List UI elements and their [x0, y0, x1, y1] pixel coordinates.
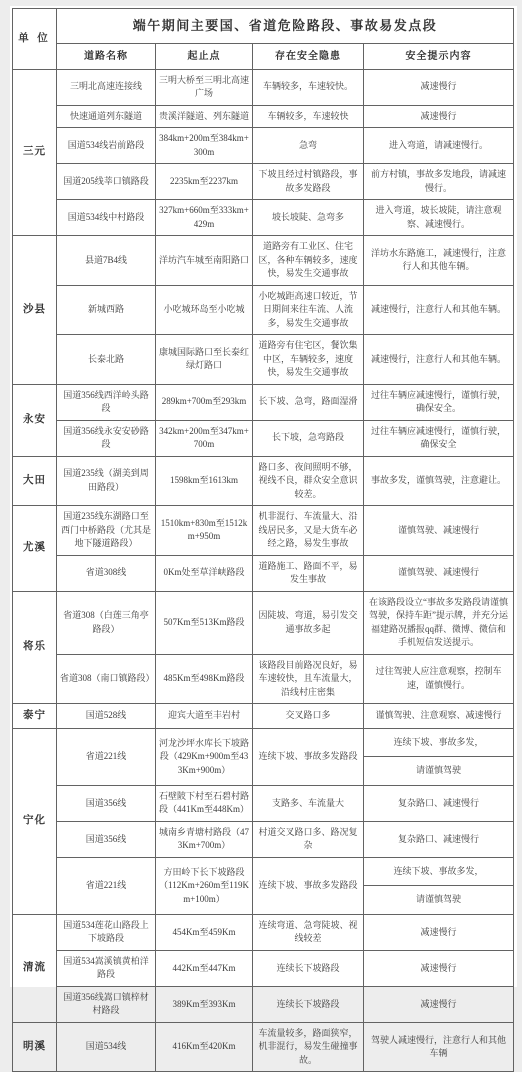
road-name-cell: 省道221线: [57, 728, 156, 785]
section-cell: 贵溪洋隧道、列东隧道: [156, 105, 253, 128]
section-cell: 384km+200m至384km+300m: [156, 128, 253, 164]
section-cell: 454Km至459Km: [156, 914, 253, 950]
section-cell: 迎宾大道至丰岩村: [156, 704, 253, 729]
road-name-cell: 县道7B4线: [57, 236, 156, 286]
unit-column-header: 单 位: [13, 9, 57, 70]
hazard-cell: 连续弯道、急弯陡坡、视线较差: [253, 914, 364, 950]
tip-cell: 过往车辆应减速慢行，谨慎行驶，确保安全。: [364, 384, 514, 420]
table-row: 三元三明北高速连接线三明大桥至三明北高速广场车辆较多，车速较快。减速慢行: [13, 69, 514, 105]
hazard-cell: 连续下坡、事故多发路段: [253, 728, 364, 785]
tip-cell: 减速慢行: [364, 69, 514, 105]
column-header-hazard: 存在安全隐患: [253, 43, 364, 69]
road-name-cell: 国道528线: [57, 704, 156, 729]
table-row: 国道534线岩前路段384km+200m至384km+300m急弯进入弯道，请减…: [13, 128, 514, 164]
table-row: 泰宁国道528线迎宾大道至丰岩村交叉路口多谨慎驾驶、注意观察、减速慢行: [13, 704, 514, 729]
hazard-cell: 下坡且经过村镇路段，事故多发路段: [253, 164, 364, 200]
table-row: 省道308线0Km处至草洋峡路段道路施工、路面不平，易发生事故谨慎驾驶、减速慢行: [13, 555, 514, 591]
unit-cell: 清流: [13, 914, 57, 987]
table-row: 沙县县道7B4线洋坊汽车城至南阳路口道路旁有工业区、住宅区，各种车辆较多，速度快…: [13, 236, 514, 286]
section-cell: 小吃城环岛至小吃城: [156, 285, 253, 335]
hazard-cell: 连续下坡、事故多发路段: [253, 857, 364, 914]
hazard-cell: 道路施工、路面不平，易发生事故: [253, 555, 364, 591]
road-name-cell: 国道235线东湖路口至西门中桥路段（尤其是地下隧道路段）: [57, 506, 156, 556]
hazard-cell: 路口多、夜间照明不够，视线不良，群众安全意识较差。: [253, 456, 364, 506]
tip-cell: 过往车辆应减速慢行，谨慎行驶，确保安全: [364, 420, 514, 456]
page: 单 位 端午期间主要国、省道危险路段、事故易发点段 道路名称 起止点 存在安全隐…: [10, 6, 517, 987]
unit-cell: 沙县: [13, 236, 57, 385]
road-name-cell: 省道308（白莲三角亭路段）: [57, 591, 156, 654]
unit-cell: 尤溪: [13, 506, 57, 592]
unit-cell: 大田: [13, 456, 57, 506]
road-name-cell: 国道534莲花山路段上下坡路段: [57, 914, 156, 950]
tip-cell: 减速慢行，注意行人和其他车辆。: [364, 335, 514, 385]
hazard-cell: 机非混行、车流量大、沿线居民多，又是大货车必经之路，易发生事故: [253, 506, 364, 556]
table-row: 大田国道235线（湖美到周田路段）1598km至1613km路口多、夜间照明不够…: [13, 456, 514, 506]
road-name-cell: 国道205线莘口镇路段: [57, 164, 156, 200]
hazard-cell: 该路段目前路况良好，易车速较快，且车流量大，沿线村庄密集: [253, 654, 364, 704]
road-name-cell: 国道356线西洋岭头路段: [57, 384, 156, 420]
road-name-cell: 国道534线岩前路段: [57, 128, 156, 164]
table-row: 永安国道356线西洋岭头路段289km+700m至293km长下坡、急弯，路面湿…: [13, 384, 514, 420]
table-title: 端午期间主要国、省道危险路段、事故易发点段: [57, 9, 514, 44]
hazard-cell: 急弯: [253, 128, 364, 164]
tip-cell: 谨慎驾驶、注意观察、减速慢行: [364, 704, 514, 729]
road-name-cell: 国道235线（湖美到周田路段）: [57, 456, 156, 506]
road-name-cell: 省道308线: [57, 555, 156, 591]
unit-cell: 三元: [13, 69, 57, 236]
road-name-cell: 快速通道列东隧道: [57, 105, 156, 128]
table-row: 国道356线石壁陂下村至石碧村路段（441Km至448Km）支路多、车流量大复杂…: [13, 785, 514, 821]
hazard-cell: 道路旁有住宅区，餐饮集中区，车辆较多，速度快，易发生交通事故: [253, 335, 364, 385]
table-row: 新城西路小吃城环岛至小吃城小吃城距高速口较近，节日期间来往车流、人流多，易发生交…: [13, 285, 514, 335]
tip-cell: 连续下坡、事故多发，: [364, 728, 514, 757]
tip-cell: 进入弯道，请减速慢行。: [364, 128, 514, 164]
table-row: 国道356线永安安砂路段342km+200m至347km+700m长下坡，急弯路…: [13, 420, 514, 456]
tip-cell: 请谨慎驾驶: [364, 886, 514, 915]
section-cell: 三明大桥至三明北高速广场: [156, 69, 253, 105]
section-cell: 1598km至1613km: [156, 456, 253, 506]
tip-cell: 谨慎驾驶、减速慢行: [364, 506, 514, 556]
road-name-cell: 国道534线中村路段: [57, 200, 156, 236]
section-cell: 442Km至447Km: [156, 950, 253, 986]
section-cell: 507Km至513Km路段: [156, 591, 253, 654]
tip-cell: 连续下坡、事故多发，: [364, 857, 514, 886]
hazard-cell: 道路旁有工业区、住宅区，各种车辆较多，速度快，易发生交通事故: [253, 236, 364, 286]
table-row: 长泰北路康城国际路口至长泰红绿灯路口道路旁有住宅区，餐饮集中区，车辆较多，速度快…: [13, 335, 514, 385]
road-name-cell: 国道356线永安安砂路段: [57, 420, 156, 456]
tip-cell: 请谨慎驾驶: [364, 757, 514, 786]
section-cell: 城南乡青塘村路段（473Km+700m）: [156, 821, 253, 857]
section-cell: 2235km至2237km: [156, 164, 253, 200]
tip-cell: 过往驾驶人应注意观察，控制车速，谨慎慢行。: [364, 654, 514, 704]
unit-cell: 永安: [13, 384, 57, 456]
section-cell: 1510km+830m至1512km+950m: [156, 506, 253, 556]
hazard-cell: 交叉路口多: [253, 704, 364, 729]
road-name-cell: 国道534嵩溪镇黄柏洋路段: [57, 950, 156, 986]
hazard-cell: 车辆较多，车速较快。: [253, 69, 364, 105]
table-row: 快速通道列东隧道贵溪洋隧道、列东隧道车辆较多，车速较快减速慢行: [13, 105, 514, 128]
column-header-row: 道路名称 起止点 存在安全隐患 安全提示内容: [13, 43, 514, 69]
table-row: 国道534线中村路段327km+660m至333km+429m坡长坡陡、急弯多进…: [13, 200, 514, 236]
column-header-section: 起止点: [156, 43, 253, 69]
column-header-tip: 安全提示内容: [364, 43, 514, 69]
section-cell: 0Km处至草洋峡路段: [156, 555, 253, 591]
hazard-cell: 支路多、车流量大: [253, 785, 364, 821]
section-cell: 327km+660m至333km+429m: [156, 200, 253, 236]
section-cell: 342km+200m至347km+700m: [156, 420, 253, 456]
section-cell: 康城国际路口至长泰红绿灯路口: [156, 335, 253, 385]
road-name-cell: 省道221线: [57, 857, 156, 914]
tip-cell: 在该路段设立“事故多发路段请谨慎驾驶，保持车距”提示牌，并充分运福建路况播报qq…: [364, 591, 514, 654]
column-header-road: 道路名称: [57, 43, 156, 69]
tip-cell: 前方村镇，事故多发地段，请减速慢行。: [364, 164, 514, 200]
table-row: 国道534嵩溪镇黄柏洋路段442Km至447Km连续长下坡路段减速慢行: [13, 950, 514, 986]
tip-cell: 减速慢行: [364, 914, 514, 950]
table-row: 清流国道534莲花山路段上下坡路段454Km至459Km连续弯道、急弯陡坡、视线…: [13, 914, 514, 950]
table-row: 将乐省道308（白莲三角亭路段）507Km至513Km路段因陡坡、弯道，易引发交…: [13, 591, 514, 654]
unit-cell: 将乐: [13, 591, 57, 704]
section-cell: 石壁陂下村至石碧村路段（441Km至448Km）: [156, 785, 253, 821]
road-name-cell: 国道356线: [57, 785, 156, 821]
section-cell: 289km+700m至293km: [156, 384, 253, 420]
unit-cell: 泰宁: [13, 704, 57, 729]
tip-cell: 复杂路口、减速慢行: [364, 785, 514, 821]
table-row: 省道308（南口镇路段）485Km至498Km路段该路段目前路况良好，易车速较快…: [13, 654, 514, 704]
tip-cell: 进入弯道，坡长坡陡，请注意观察、减速慢行。: [364, 200, 514, 236]
hazard-cell: 村道交叉路口多、路况复杂: [253, 821, 364, 857]
hazard-cell: 连续长下坡路段: [253, 950, 364, 986]
table-row: 国道205线莘口镇路段2235km至2237km下坡且经过村镇路段，事故多发路段…: [13, 164, 514, 200]
tip-cell: 洋坊水东路施工，减速慢行，注意行人和其他车辆。: [364, 236, 514, 286]
section-cell: 485Km至498Km路段: [156, 654, 253, 704]
unit-cell: 宁化: [13, 728, 57, 914]
tip-cell: 事故多发，谨慎驾驶，注意避让。: [364, 456, 514, 506]
danger-road-table: 单 位 端午期间主要国、省道危险路段、事故易发点段 道路名称 起止点 存在安全隐…: [12, 8, 514, 987]
road-name-cell: 国道356线: [57, 821, 156, 857]
table-body: 三元三明北高速连接线三明大桥至三明北高速广场车辆较多，车速较快。减速慢行快速通道…: [13, 69, 514, 987]
tip-cell: 复杂路口、减速慢行: [364, 821, 514, 857]
hazard-cell: 因陡坡、弯道，易引发交通事故多起: [253, 591, 364, 654]
tip-cell: 减速慢行，注意行人和其他车辆。: [364, 285, 514, 335]
section-cell: 洋坊汽车城至南阳路口: [156, 236, 253, 286]
tip-cell: 谨慎驾驶、减速慢行: [364, 555, 514, 591]
table-row: 国道356线城南乡青塘村路段（473Km+700m）村道交叉路口多、路况复杂复杂…: [13, 821, 514, 857]
road-name-cell: 省道308（南口镇路段）: [57, 654, 156, 704]
section-cell: 方田岭下长下坡路段（112Km+260m至119Km+100m）: [156, 857, 253, 914]
road-name-cell: 新城西路: [57, 285, 156, 335]
road-name-cell: 三明北高速连接线: [57, 69, 156, 105]
hazard-cell: 长下坡，急弯路段: [253, 420, 364, 456]
hazard-cell: 坡长坡陡、急弯多: [253, 200, 364, 236]
table-row: 省道221线方田岭下长下坡路段（112Km+260m至119Km+100m）连续…: [13, 857, 514, 886]
road-name-cell: 长泰北路: [57, 335, 156, 385]
hazard-cell: 小吃城距高速口较近，节日期间来往车流、人流多，易发生交通事故: [253, 285, 364, 335]
table-row: 尤溪国道235线东湖路口至西门中桥路段（尤其是地下隧道路段）1510km+830…: [13, 506, 514, 556]
tip-cell: 减速慢行: [364, 105, 514, 128]
hazard-cell: 车辆较多，车速较快: [253, 105, 364, 128]
tip-cell: 减速慢行: [364, 950, 514, 986]
section-cell: 河龙沙坪水库长下坡路段（429Km+900m至433Km+900m）: [156, 728, 253, 785]
table-row: 宁化省道221线河龙沙坪水库长下坡路段（429Km+900m至433Km+900…: [13, 728, 514, 757]
hazard-cell: 长下坡、急弯，路面湿滑: [253, 384, 364, 420]
title-row: 单 位 端午期间主要国、省道危险路段、事故易发点段: [13, 9, 514, 44]
